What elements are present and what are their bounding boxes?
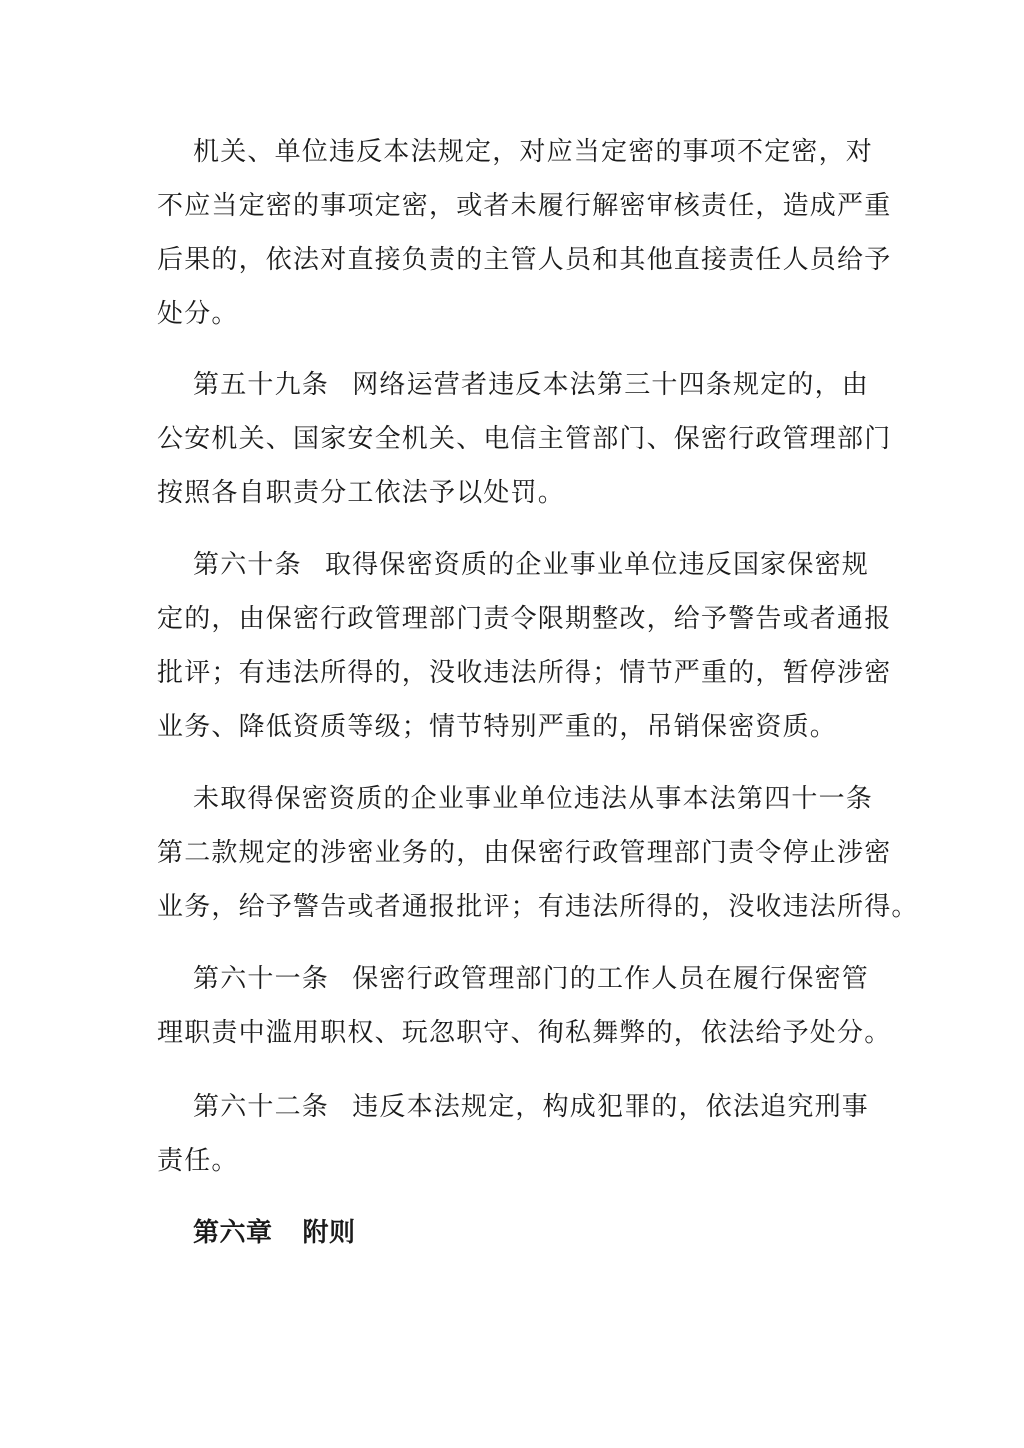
paragraph-line: 第二款规定的涉密业务的，由保密行政管理部门责令停止涉密 [157, 831, 869, 875]
paragraph-line: 未取得保密资质的企业事业单位违法从事本法第四十一条 [193, 777, 869, 821]
paragraph-line: 处分。 [157, 292, 239, 336]
paragraph-line: 按照各自职责分工依法予以处罚。 [157, 471, 565, 515]
article-number: 第六十条 [193, 543, 302, 587]
paragraph-line: 定的，由保密行政管理部门责令限期整改，给予警告或者通报 [157, 597, 869, 641]
article-number: 第六十二条 [193, 1085, 329, 1129]
article-text: 保密行政管理部门的工作人员在履行保密管 [352, 957, 869, 1001]
article-number: 第六十一条 [193, 957, 329, 1001]
article-number: 第五十九条 [193, 363, 329, 407]
chapter-heading: 第六章附则 [193, 1211, 356, 1255]
paragraph-line: 公安机关、国家安全机关、电信主管部门、保密行政管理部门 [157, 417, 869, 461]
paragraph-line: 理职责中滥用职权、玩忽职守、徇私舞弊的，依法给予处分。 [157, 1011, 869, 1055]
article-text: 违反本法规定，构成犯罪的，依法追究刑事 [352, 1085, 869, 1129]
paragraph-line: 后果的，依法对直接负责的主管人员和其他直接责任人员给予 [157, 238, 869, 282]
paragraph-line: 机关、单位违反本法规定，对应当定密的事项不定密，对 [193, 130, 869, 174]
article-first-line: 第六十条 取得保密资质的企业事业单位违反国家保密规 [193, 543, 869, 587]
article-text: 取得保密资质的企业事业单位违反国家保密规 [325, 543, 869, 587]
paragraph-line: 不应当定密的事项定密，或者未履行解密审核责任，造成严重 [157, 184, 869, 228]
chapter-title: 附则 [303, 1218, 356, 1248]
article-first-line: 第六十二条 违反本法规定，构成犯罪的，依法追究刑事 [193, 1085, 869, 1129]
article-first-line: 第六十一条 保密行政管理部门的工作人员在履行保密管 [193, 957, 869, 1001]
article-first-line: 第五十九条 网络运营者违反本法第三十四条规定的，由 [193, 363, 869, 407]
paragraph-line: 批评；有违法所得的，没收违法所得；情节严重的，暂停涉密 [157, 651, 869, 695]
paragraph-line: 业务、降低资质等级；情节特别严重的，吊销保密资质。 [157, 705, 837, 749]
paragraph-line: 责任。 [157, 1139, 239, 1183]
paragraph-line: 业务，给予警告或者通报批评；有违法所得的，没收违法所得。 [157, 885, 869, 929]
article-text: 网络运营者违反本法第三十四条规定的，由 [352, 363, 869, 407]
chapter-number: 第六章 [193, 1218, 273, 1248]
